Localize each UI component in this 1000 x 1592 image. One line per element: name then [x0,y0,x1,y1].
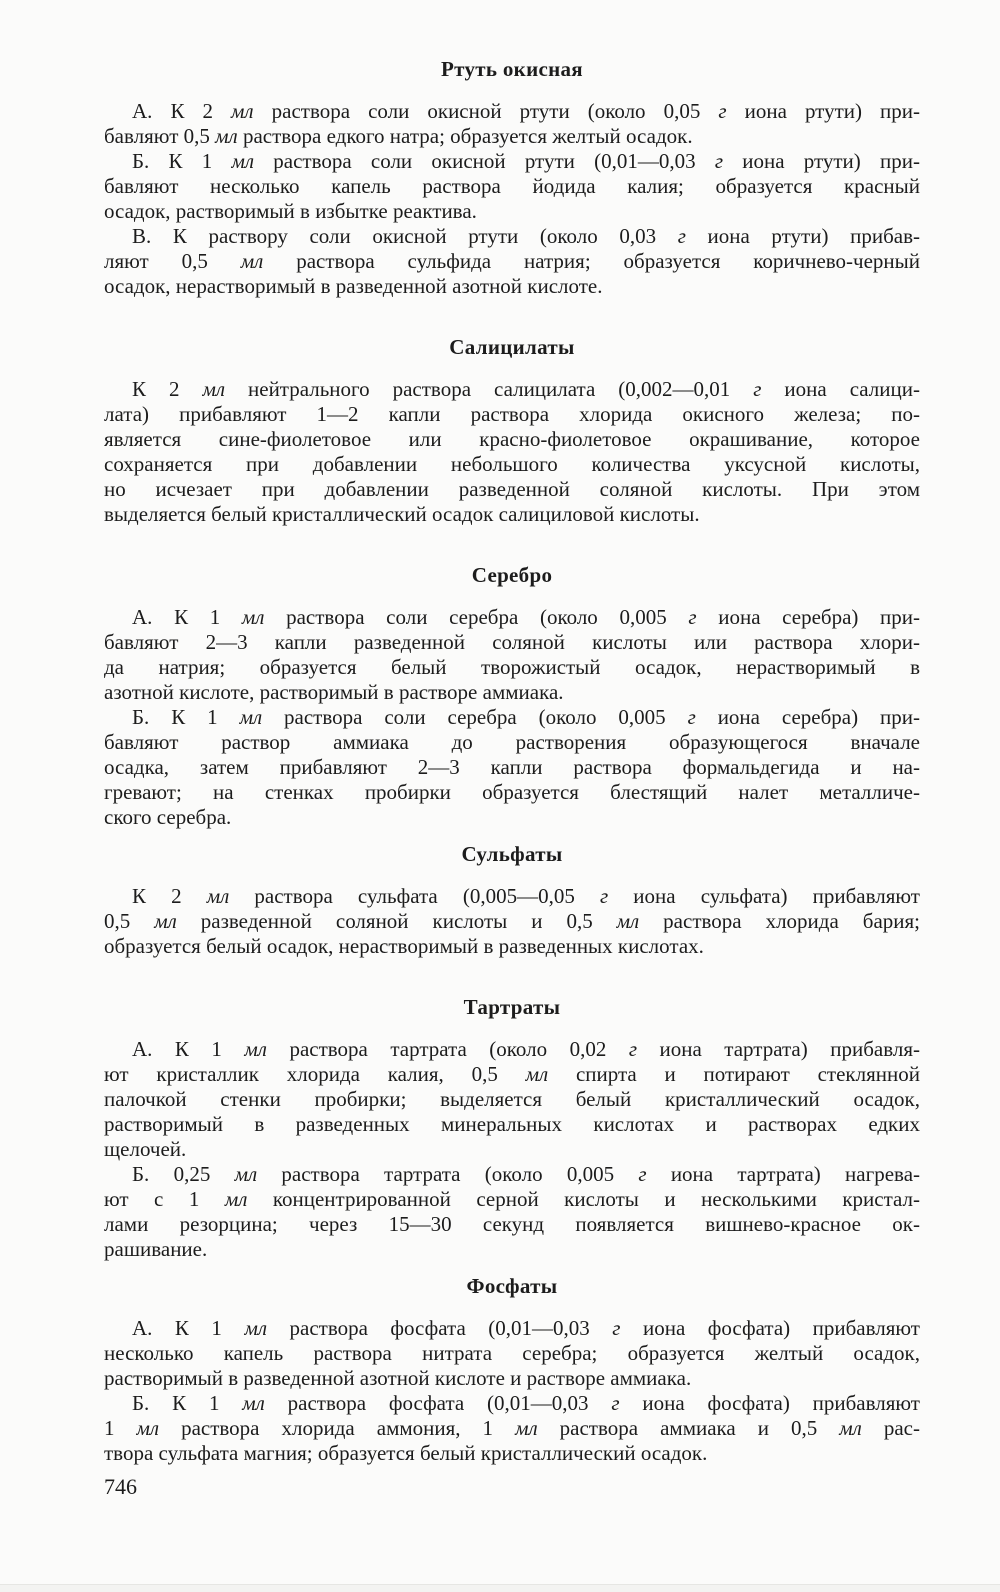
paragraph: А. К 1 мл раствора фосфата (0,01—0,03 г … [104,1316,920,1391]
paragraph: Б. К 1 мл раствора соли серебра (около 0… [104,705,920,830]
unit-italic: г [612,1316,620,1340]
unit-italic: мл [235,1162,258,1186]
unit-italic: мл [240,705,263,729]
text-line: В. К раствору соли окисной ртути (около … [104,224,920,249]
paragraph: К 2 мл нейтрального раствора салицилата … [104,377,920,527]
text-line: несколько капель раствора нитрата серебр… [104,1341,920,1366]
text-line: осадок, растворимый в избытке реактива. [104,199,920,224]
unit-italic: г [638,1162,646,1186]
text-line: Б. К 1 мл раствора соли окисной ртути (0… [104,149,920,174]
text-line: бавляют 0,5 мл раствора едкого натра; об… [104,124,920,149]
text-line: выделяется белый кристаллический осадок … [104,502,920,527]
paragraph: А. К 2 мл раствора соли окисной ртути (о… [104,99,920,149]
unit-italic: г [715,149,723,173]
text-line: Б. 0,25 мл раствора тартрата (около 0,00… [104,1162,920,1187]
section-heading: Серебро [104,563,920,588]
text-line: сохраняется при добавлении небольшого ко… [104,452,920,477]
text-line: азотной кислоте, растворимый в растворе … [104,680,920,705]
paragraph: В. К раствору соли окисной ртути (около … [104,224,920,299]
section-heading: Ртуть окисная [104,57,920,82]
unit-italic: г [611,1391,619,1415]
section-heading: Салицилаты [104,335,920,360]
text-line: Б. К 1 мл раствора фосфата (0,01—0,03 г … [104,1391,920,1416]
text-line: бавляют раствор аммиака до растворения о… [104,730,920,755]
text-line: растворимый в разведенной азотной кислот… [104,1366,920,1391]
text-line: А. К 1 мл раствора соли серебра (около 0… [104,605,920,630]
paragraph: А. К 1 мл раствора тартрата (около 0,02 … [104,1037,920,1162]
text-line: К 2 мл раствора сульфата (0,005—0,05 г и… [104,884,920,909]
unit-italic: мл [241,249,264,273]
unit-italic: мл [242,605,265,629]
section-heading: Тартраты [104,995,920,1020]
text-line: осадок, нерастворимый в разведенной азот… [104,274,920,299]
text-line: образуется белый осадок, нерастворимый в… [104,934,920,959]
scanned-page: { "page": { "number": "746", "text_color… [0,0,1000,1592]
section-heading: Сульфаты [104,842,920,867]
text-line: является сине-фиолетовое или красно-фиол… [104,427,920,452]
text-line: осадка, затем прибавляют 2—3 капли раств… [104,755,920,780]
section: СереброА. К 1 мл раствора соли серебра (… [104,563,920,830]
unit-italic: г [600,884,608,908]
unit-italic: г [688,605,696,629]
section: СульфатыК 2 мл раствора сульфата (0,005—… [104,842,920,959]
text-line: ского серебра. [104,805,920,830]
text-line: А. К 1 мл раствора тартрата (около 0,02 … [104,1037,920,1062]
section: ТартратыА. К 1 мл раствора тартрата (око… [104,995,920,1262]
text-line: ют с 1 мл концентрированной серной кисло… [104,1187,920,1212]
unit-italic: мл [617,909,640,933]
unit-italic: мл [231,99,254,123]
unit-italic: мл [244,1316,267,1340]
section: СалицилатыК 2 мл нейтрального раствора с… [104,335,920,527]
page-number: 746 [104,1474,137,1499]
unit-italic: г [629,1037,637,1061]
scan-bottom-edge [0,1584,1000,1592]
text-line: А. К 2 мл раствора соли окисной ртути (о… [104,99,920,124]
text-line: растворимый в разведенных минеральных ки… [104,1112,920,1137]
unit-italic: мл [244,1037,267,1061]
text-line: Б. К 1 мл раствора соли серебра (около 0… [104,705,920,730]
text-line: бавляют несколько капель раствора йодида… [104,174,920,199]
content: Ртуть окиснаяА. К 2 мл раствора соли оки… [104,57,920,1466]
text-line: но исчезает при добавлении разведенной с… [104,477,920,502]
unit-italic: г [688,705,696,729]
unit-italic: мл [839,1416,862,1440]
unit-italic: мл [215,124,238,148]
text-line: лами резорцина; через 15—30 секунд появл… [104,1212,920,1237]
text-line: гревают; на стенках пробирки образуется … [104,780,920,805]
unit-italic: мл [242,1391,265,1415]
unit-italic: мл [207,884,230,908]
text-line: да натрия; образуется белый творожистый … [104,655,920,680]
paragraph: А. К 1 мл раствора соли серебра (около 0… [104,605,920,705]
text-line: 0,5 мл разведенной соляной кислоты и 0,5… [104,909,920,934]
section: Ртуть окиснаяА. К 2 мл раствора соли оки… [104,57,920,299]
text-line: бавляют 2—3 капли разведенной соляной ки… [104,630,920,655]
paragraph: К 2 мл раствора сульфата (0,005—0,05 г и… [104,884,920,959]
unit-italic: мл [515,1416,538,1440]
text-line: палочкой стенки пробирки; выделяется бел… [104,1087,920,1112]
text-line: рашивание. [104,1237,920,1262]
section: ФосфатыА. К 1 мл раствора фосфата (0,01—… [104,1274,920,1466]
paragraph: Б. К 1 мл раствора фосфата (0,01—0,03 г … [104,1391,920,1466]
text-line: твора сульфата магния; образуется белый … [104,1441,920,1466]
unit-italic: мл [526,1062,549,1086]
text-line: ют кристаллик хлорида калия, 0,5 мл спир… [104,1062,920,1087]
unit-italic: г [678,224,686,248]
unit-italic: мл [137,1416,160,1440]
unit-italic: мл [202,377,225,401]
unit-italic: г [753,377,761,401]
text-line: К 2 мл нейтрального раствора салицилата … [104,377,920,402]
unit-italic: мл [225,1187,248,1211]
text-line: А. К 1 мл раствора фосфата (0,01—0,03 г … [104,1316,920,1341]
text-line: ляют 0,5 мл раствора сульфида натрия; об… [104,249,920,274]
text-line: лата) прибавляют 1—2 капли раствора хлор… [104,402,920,427]
paragraph: Б. К 1 мл раствора соли окисной ртути (0… [104,149,920,224]
unit-italic: мл [154,909,177,933]
text-line: щелочей. [104,1137,920,1162]
unit-italic: мл [231,149,254,173]
text-line: 1 мл раствора хлорида аммония, 1 мл раст… [104,1416,920,1441]
section-heading: Фосфаты [104,1274,920,1299]
unit-italic: г [718,99,726,123]
paragraph: Б. 0,25 мл раствора тартрата (около 0,00… [104,1162,920,1262]
